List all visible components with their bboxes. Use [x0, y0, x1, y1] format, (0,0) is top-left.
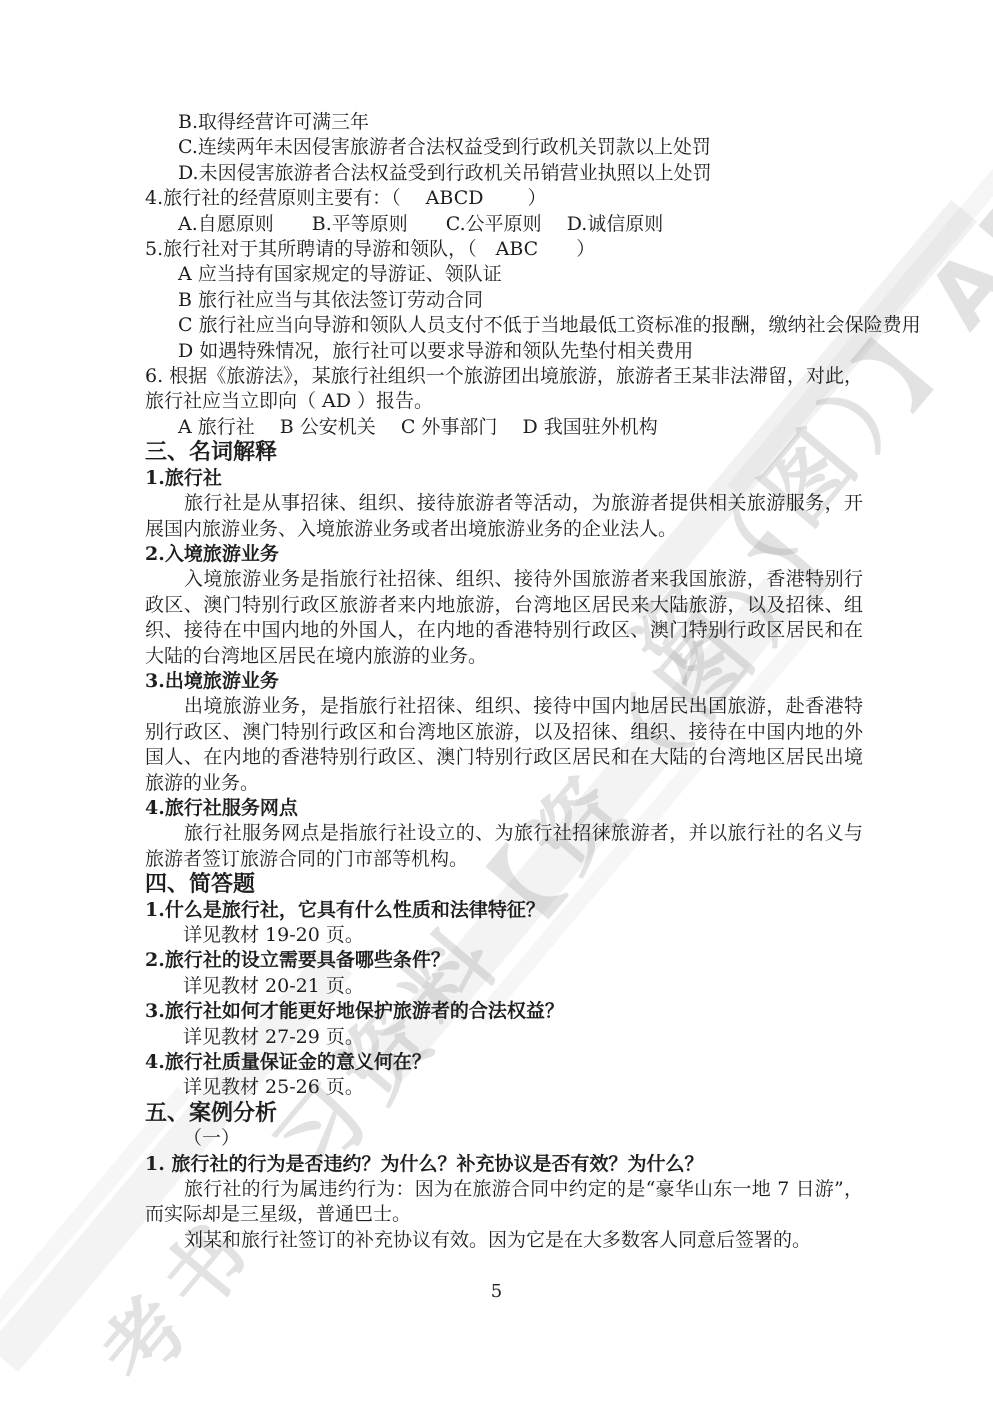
q5-option-b: B 旅行社应当与其依法签订劳动合同 — [145, 288, 863, 313]
q6-stem: 6. 根据《旅游法》，某旅行社组织一个旅游团出境旅游，旅游者王某非法滞留，对此，… — [145, 364, 863, 415]
term-4-definition: 旅行社服务网点是指旅行社设立的、为旅行社招徕旅游者，并以旅行社的名义与旅游者签订… — [145, 821, 863, 872]
case-one-label: （一） — [145, 1126, 863, 1151]
term-4-heading: 4.旅行社服务网点 — [145, 796, 863, 821]
q5-stem: 5.旅行社对于其所聘请的导游和领队，（ ABC ） — [145, 237, 863, 262]
short-answer-2-question: 2.旅行社的设立需要具备哪些条件？ — [145, 948, 863, 973]
q3-option-b: B.取得经营许可满三年 — [145, 110, 863, 135]
q3-option-d: D.未因侵害旅游者合法权益受到行政机关吊销营业执照以上处罚 — [145, 161, 863, 186]
term-1-heading: 1.旅行社 — [145, 466, 863, 491]
term-3-heading: 3.出境旅游业务 — [145, 669, 863, 694]
short-answer-1-answer: 详见教材 19-20 页。 — [145, 923, 863, 948]
q4-stem: 4.旅行社的经营原则主要有：（ ABCD ） — [145, 186, 863, 211]
q3-option-c: C.连续两年未因侵害旅游者合法权益受到行政机关罚款以上处罚 — [145, 135, 863, 160]
q6-options: A 旅行社 B 公安机关 C 外事部门 D 我国驻外机构 — [145, 415, 863, 440]
case-question: 1. 旅行社的行为是否违约？为什么？补充协议是否有效？为什么？ — [145, 1152, 863, 1177]
section-three-title: 三、名词解释 — [145, 440, 863, 465]
short-answer-3-answer: 详见教材 27-29 页。 — [145, 1025, 863, 1050]
section-five-title: 五、案例分析 — [145, 1101, 863, 1126]
term-3-definition: 出境旅游业务，是指旅行社招徕、组织、接待中国内地居民出国旅游，赴香港特别行政区、… — [145, 694, 863, 796]
term-2-heading: 2.入境旅游业务 — [145, 542, 863, 567]
case-answer-paragraph-1: 旅行社的行为属违约行为：因为在旅游合同中约定的是“豪华山东一地 7 日游”，而实… — [145, 1177, 863, 1228]
page-number: 5 — [0, 1281, 993, 1302]
q5-option-c: C 旅行社应当向导游和领队人员支付不低于当地最低工资标准的报酬，缴纳社会保险费用 — [145, 313, 863, 338]
short-answer-4-answer: 详见教材 25-26 页。 — [145, 1075, 863, 1100]
short-answer-4-question: 4.旅行社质量保证金的意义何在？ — [145, 1050, 863, 1075]
document-page: B.取得经营许可满三年 C.连续两年未因侵害旅游者合法权益受到行政机关罚款以上处… — [145, 110, 863, 1253]
term-1-definition: 旅行社是从事招徕、组织、接待旅游者等活动，为旅游者提供相关旅游服务，开展国内旅游… — [145, 491, 863, 542]
short-answer-1-question: 1.什么是旅行社，它具有什么性质和法律特征？ — [145, 898, 863, 923]
q4-options: A.自愿原则 B.平等原则 C.公平原则 D.诚信原则 — [145, 212, 863, 237]
case-answer-paragraph-2: 刘某和旅行社签订的补充协议有效。因为它是在大多数客人同意后签署的。 — [145, 1228, 863, 1253]
q5-option-a: A 应当持有国家规定的导游证、领队证 — [145, 262, 863, 287]
term-2-definition: 入境旅游业务是指旅行社招徕、组织、接待外国旅游者来我国旅游，香港特别行政区、澳门… — [145, 567, 863, 669]
section-four-title: 四、简答题 — [145, 872, 863, 897]
short-answer-3-question: 3.旅行社如何才能更好地保护旅游者的合法权益？ — [145, 999, 863, 1024]
q5-option-d: D 如遇特殊情况，旅行社可以要求导游和领队先垫付相关费用 — [145, 339, 863, 364]
short-answer-2-answer: 详见教材 20-21 页。 — [145, 974, 863, 999]
